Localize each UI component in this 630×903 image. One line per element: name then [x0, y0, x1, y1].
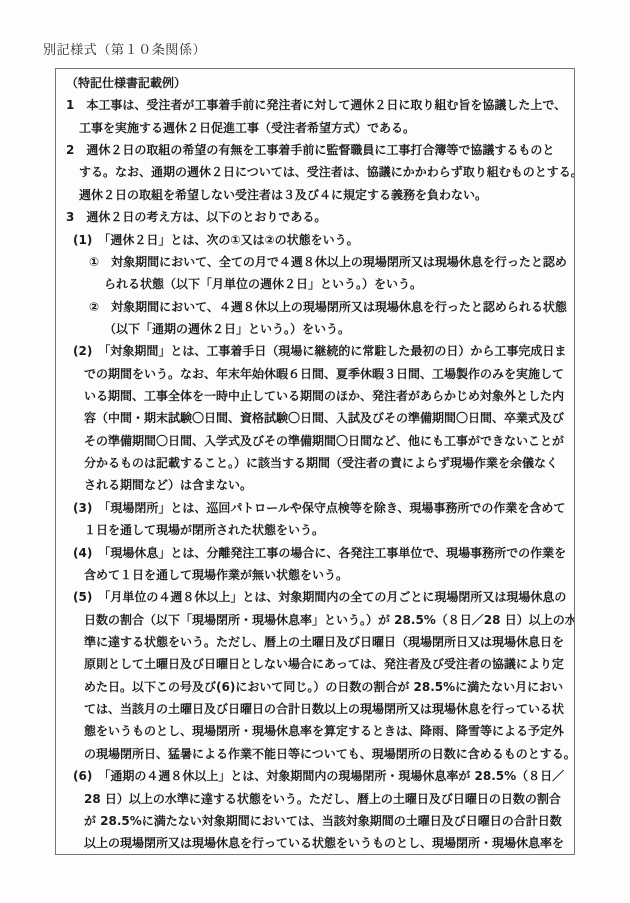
document-line: での期間をいう。なお、年末年始休暇６日間、夏季休暇３日間、工場製作のみを実施して [56, 363, 574, 385]
document-page: 別記様式（第１０条関係） （特記仕様書記載例）1 本工事は、受注者が工事着手前に… [0, 0, 630, 903]
document-line: 日数の割合（以下「現場閉所・現場休息率」という。）が 28.5%（８日／28 日… [56, 609, 574, 631]
document-line: ① 対象期間において、全ての月で４週８休以上の現場閉所又は現場休息を行ったと認め [56, 251, 574, 273]
document-line: めた日。以下この号及び(6)において同じ。）の日数の割合が 28.5%に満たない… [56, 676, 574, 698]
document-line: ② 対象期間において、４週８休以上の現場閉所又は現場休息を行ったと認められる状態 [56, 296, 574, 318]
document-line: られる状態（以下「月単位の週休２日」という。）をいう。 [56, 273, 574, 295]
document-line: (1) 「週休２日」とは、次の①又は②の状態をいう。 [56, 229, 574, 251]
document-line: 準に達する状態をいう。ただし、暦上の土曜日及び日曜日（現場閉所日又は現場休息日を [56, 631, 574, 653]
document-line: 3 週休２日の考え方は、以下のとおりである。 [56, 206, 574, 228]
document-line: (3) 「現場閉所」とは、巡回パトロールや保守点検等を除き、現場事務所での作業を… [56, 497, 574, 519]
document-line: 態をいうものとし、現場閉所・現場休息率を算定するときは、降雨、降雪等による予定外 [56, 720, 574, 742]
document-line: 1 本工事は、受注者が工事着手前に発注者に対して週休２日に取り組む旨を協議した上… [56, 94, 574, 116]
document-line: １日を通して現場が閉所された状態をいう。 [56, 519, 574, 541]
document-line: ては、当該月の土曜日及び日曜日の合計日数以上の現場閉所又は現場休息を行っている状 [56, 698, 574, 720]
document-line: その準備期間〇日間、入学式及びその準備期間〇日間など、他にも工事ができないことが [56, 430, 574, 452]
document-line: 以上の現場閉所又は現場休息を行っている状態をいうものとし、現場閉所・現場休息率を [56, 832, 574, 854]
spec-example-box: （特記仕様書記載例）1 本工事は、受注者が工事着手前に発注者に対して週休２日に取… [55, 68, 575, 855]
document-line: (4) 「現場休息」とは、分離発注工事の場合に、各発注工事単位で、現場事務所での… [56, 542, 574, 564]
document-line: する。なお、通期の週休２日については、受注者は、協議にかかわらず取り組むものとす… [56, 161, 574, 183]
document-line: (6) 「通期の４週８休以上」とは、対象期間内の現場閉所・現場休息率が 28.5… [56, 765, 574, 787]
page-title: 別記様式（第１０条関係） [43, 39, 206, 58]
document-line: される期間など）は含まない。 [56, 474, 574, 496]
document-line: 原則として土曜日及び日曜日としない場合にあっては、発注者及び受注者の協議により定 [56, 653, 574, 675]
document-line: が 28.5%に満たない対象期間においては、当該対象期間の土曜日及び日曜日の合計… [56, 810, 574, 832]
document-line: (5) 「月単位の４週８休以上」とは、対象期間内の全ての月ごとに現場閉所又は現場… [56, 586, 574, 608]
document-line: 週休２日の取組を希望しない受注者は３及び４に規定する義務を負わない。 [56, 184, 574, 206]
document-line: 容（中間・期末試験〇日間、資格試験〇日間、入試及びその準備期間〇日間、卒業式及び [56, 407, 574, 429]
document-line: の現場閉所日、猛暑による作業不能日等についても、現場閉所の日数に含めるものとする… [56, 743, 574, 765]
document-line: （特記仕様書記載例） [56, 72, 574, 94]
document-line: 含めて１日を通して現場作業が無い状態をいう。 [56, 564, 574, 586]
document-line: (2) 「対象期間」とは、工事着手日（現場に継続的に常駐した最初の日）から工事完… [56, 340, 574, 362]
document-line: （以下「通期の週休２日」という。）をいう。 [56, 318, 574, 340]
document-line: 工事を実施する週休２日促進工事（受注者希望方式）である。 [56, 117, 574, 139]
document-line: いる期間、工事全体を一時中止している期間のほか、発注者があらかじめ対象外とした内 [56, 385, 574, 407]
document-line: 2 週休２日の取組の希望の有無を工事着手前に監督職員に工事打合簿等で協議するもの… [56, 139, 574, 161]
document-line: 分かるものは記載すること。）に該当する期間（受注者の責によらず現場作業を余儀なく [56, 452, 574, 474]
document-line: 28 日）以上の水準に達する状態をいう。ただし、暦上の土曜日及び日曜日の日数の割… [56, 788, 574, 810]
